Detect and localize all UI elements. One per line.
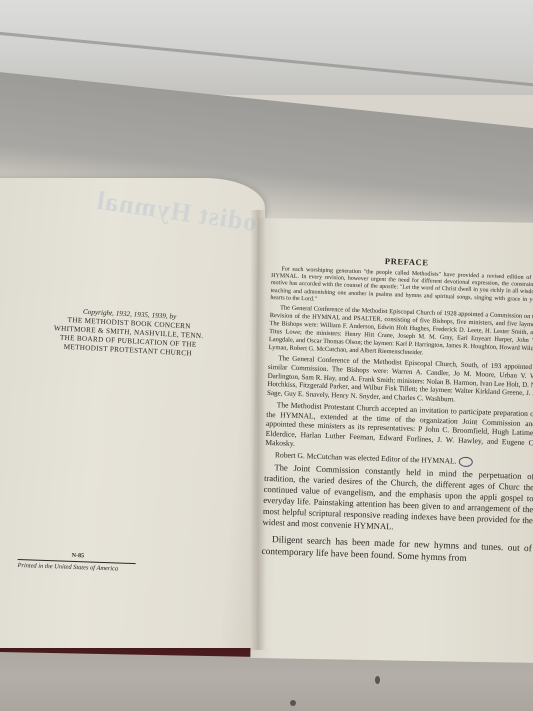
preface-section: PREFACE For each worshiping generation "…	[261, 252, 533, 569]
preface-paragraph: The Methodist Protestant Church accepted…	[265, 400, 533, 457]
book-gutter	[250, 210, 266, 650]
left-page	[0, 178, 265, 648]
catalog-code: N-85	[58, 552, 98, 559]
dirt-spot	[375, 676, 380, 684]
ink-mark-icon	[458, 457, 472, 467]
preface-paragraph: The Joint Commission constantly held in …	[262, 462, 533, 537]
preface-paragraph: The General Conference of the Methodist …	[269, 304, 533, 361]
preface-paragraph: The General Conference of the Methodist …	[267, 354, 533, 407]
dirt-spot	[290, 700, 296, 706]
